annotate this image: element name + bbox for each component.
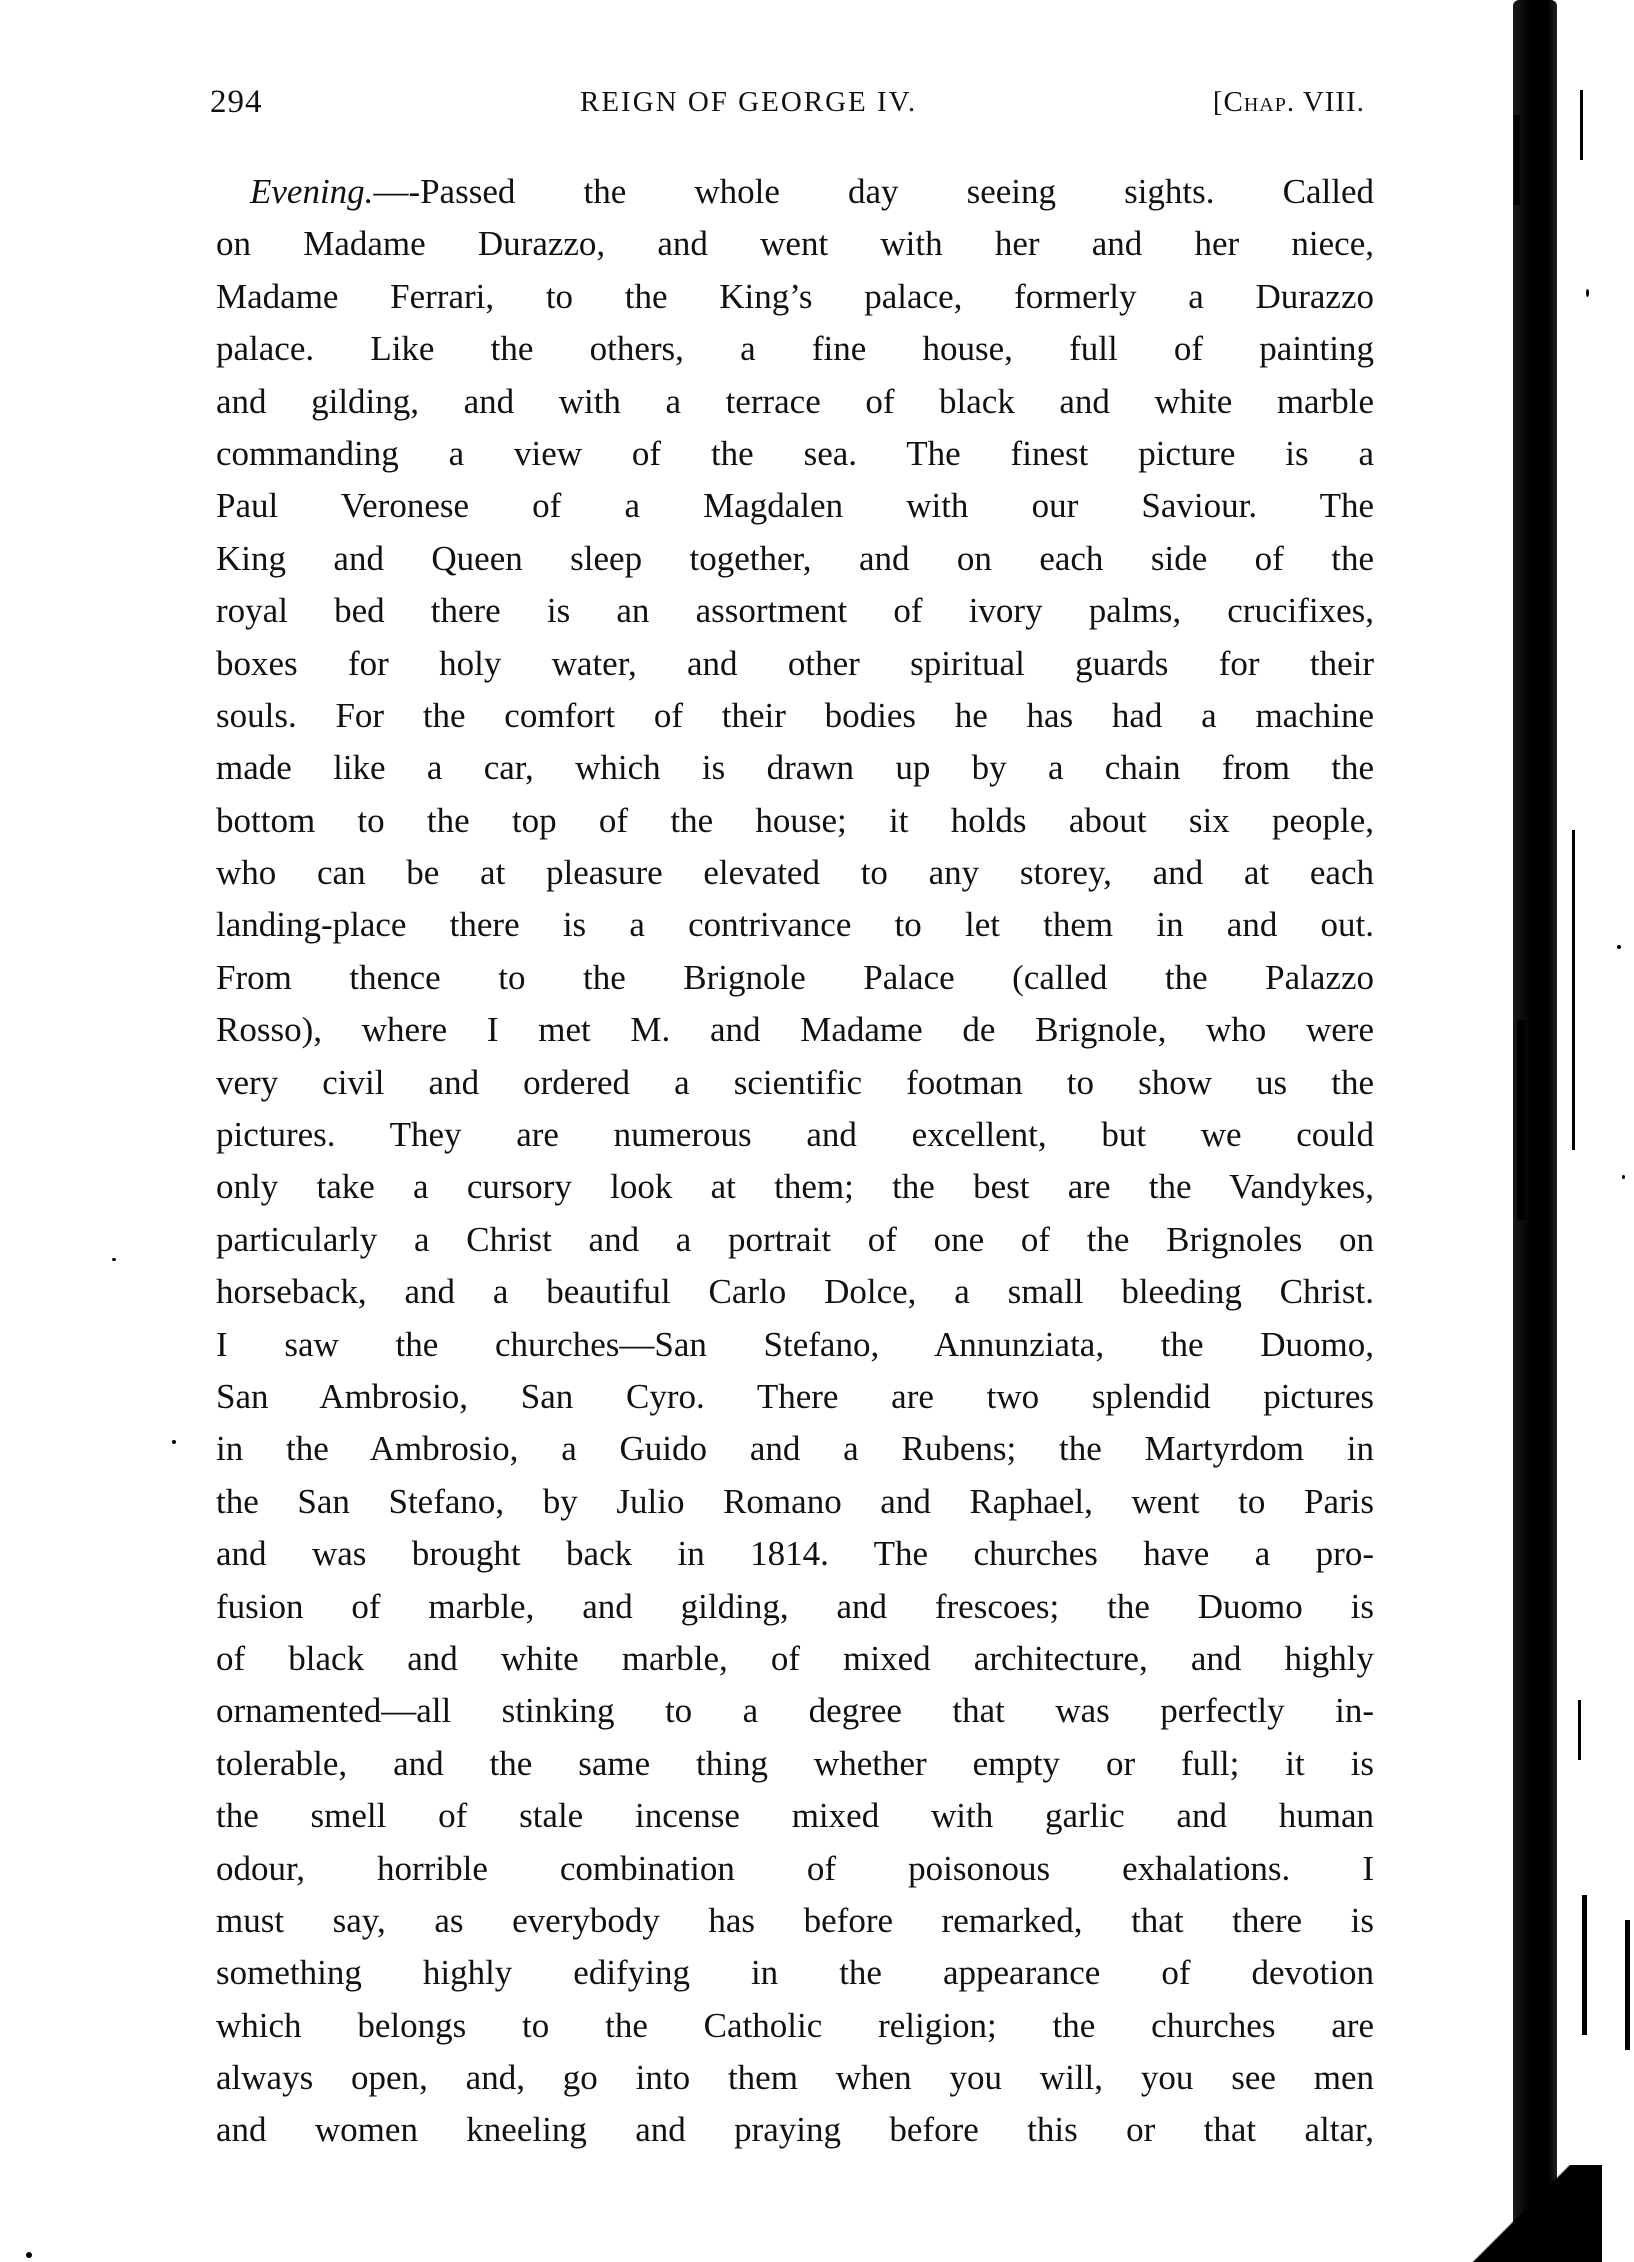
text-line: I saw the churches—San Stefano, Annunzia… bbox=[216, 1319, 1374, 1371]
text-line: something highly edifying in the appeara… bbox=[216, 1947, 1374, 1999]
chapter-bracket: [ bbox=[1213, 86, 1224, 118]
scan-speck bbox=[1622, 1175, 1625, 1179]
text-line: who can be at pleasure elevated to any s… bbox=[216, 847, 1374, 899]
text-line: only take a cursory look at them; the be… bbox=[216, 1161, 1374, 1213]
text-line: pictures. They are numerous and excellen… bbox=[216, 1109, 1374, 1161]
scan-speck bbox=[172, 1440, 176, 1444]
text-line: in the Ambrosio, a Guido and a Rubens; t… bbox=[216, 1423, 1374, 1475]
text-line: on Madame Durazzo, and went with her and… bbox=[216, 218, 1374, 270]
body-text: Evening.—-Passed the whole day seeing si… bbox=[216, 166, 1374, 2157]
binding-edge-mark bbox=[1580, 90, 1583, 160]
text-line: always open, and, go into them when you … bbox=[216, 2052, 1374, 2104]
chapter-label: Chap. bbox=[1224, 86, 1296, 118]
binding-edge-mark bbox=[1517, 1020, 1525, 1220]
text-line: boxes for holy water, and other spiritua… bbox=[216, 638, 1374, 690]
text-line: Paul Veronese of a Magdalen with our Sav… bbox=[216, 480, 1374, 532]
binding-gutter-shadow bbox=[1514, 115, 1520, 205]
text-line: bottom to the top of the house; it holds… bbox=[216, 795, 1374, 847]
binding-edge-mark bbox=[1578, 1700, 1581, 1760]
chapter-reference: [Chap. VIII. bbox=[1213, 86, 1365, 119]
text-line: San Ambrosio, San Cyro. There are two sp… bbox=[216, 1371, 1374, 1423]
binding-edge-mark bbox=[1582, 1895, 1587, 2035]
binding-edge-mark bbox=[1625, 1920, 1630, 2050]
text-line: From thence to the Brignole Palace (call… bbox=[216, 952, 1374, 1004]
text-line: the smell of stale incense mixed with ga… bbox=[216, 1790, 1374, 1842]
text-line: Evening.—-Passed the whole day seeing si… bbox=[216, 166, 1374, 218]
text-line: fusion of marble, and gilding, and fresc… bbox=[216, 1581, 1374, 1633]
text-line: landing-place there is a contrivance to … bbox=[216, 899, 1374, 951]
text-line: Rosso), where I met M. and Madame de Bri… bbox=[216, 1004, 1374, 1056]
text-line: of black and white marble, of mixed arch… bbox=[216, 1633, 1374, 1685]
book-page: 294 REIGN OF GEORGE IV. [Chap. VIII. Eve… bbox=[0, 0, 1634, 2262]
text-line: ornamented—all stinking to a degree that… bbox=[216, 1685, 1374, 1737]
text-line: the San Stefano, by Julio Romano and Rap… bbox=[216, 1476, 1374, 1528]
page-number: 294 bbox=[210, 84, 263, 121]
scan-speck bbox=[26, 2252, 32, 2258]
scan-speck bbox=[112, 1258, 116, 1261]
text-line: royal bed there is an assortment of ivor… bbox=[216, 585, 1374, 637]
chapter-number: VIII. bbox=[1295, 86, 1365, 118]
text-line: King and Queen sleep together, and on ea… bbox=[216, 533, 1374, 585]
text-line: palace. Like the others, a fine house, f… bbox=[216, 323, 1374, 375]
text-line: odour, horrible combination of poisonous… bbox=[216, 1843, 1374, 1895]
text-line: very civil and ordered a scientific foot… bbox=[216, 1057, 1374, 1109]
text-line: particularly a Christ and a portrait of … bbox=[216, 1214, 1374, 1266]
scan-speck bbox=[1617, 945, 1621, 949]
text-line: which belongs to the Catholic religion; … bbox=[216, 2000, 1374, 2052]
text-line: and was brought back in 1814. The church… bbox=[216, 1528, 1374, 1580]
text-line: Madame Ferrari, to the King’s palace, fo… bbox=[216, 271, 1374, 323]
binding-foot-shadow bbox=[1462, 2165, 1602, 2262]
binding-edge-mark bbox=[1572, 830, 1575, 1150]
text-line: must say, as everybody has before remark… bbox=[216, 1895, 1374, 1947]
text-line: horseback, and a beautiful Carlo Dolce, … bbox=[216, 1266, 1374, 1318]
text-line: commanding a view of the sea. The finest… bbox=[216, 428, 1374, 480]
text-line: and women kneeling and praying before th… bbox=[216, 2104, 1374, 2156]
text-line: tolerable, and the same thing whether em… bbox=[216, 1738, 1374, 1790]
text-line: and gilding, and with a terrace of black… bbox=[216, 376, 1374, 428]
entry-heading-italic: Evening. bbox=[250, 172, 373, 211]
running-head: 294 REIGN OF GEORGE IV. [Chap. VIII. bbox=[210, 84, 1365, 134]
scan-speck bbox=[1586, 289, 1589, 297]
running-title: REIGN OF GEORGE IV. bbox=[580, 86, 917, 119]
text-line: made like a car, which is drawn up by a … bbox=[216, 742, 1374, 794]
text-line: souls. For the comfort of their bodies h… bbox=[216, 690, 1374, 742]
